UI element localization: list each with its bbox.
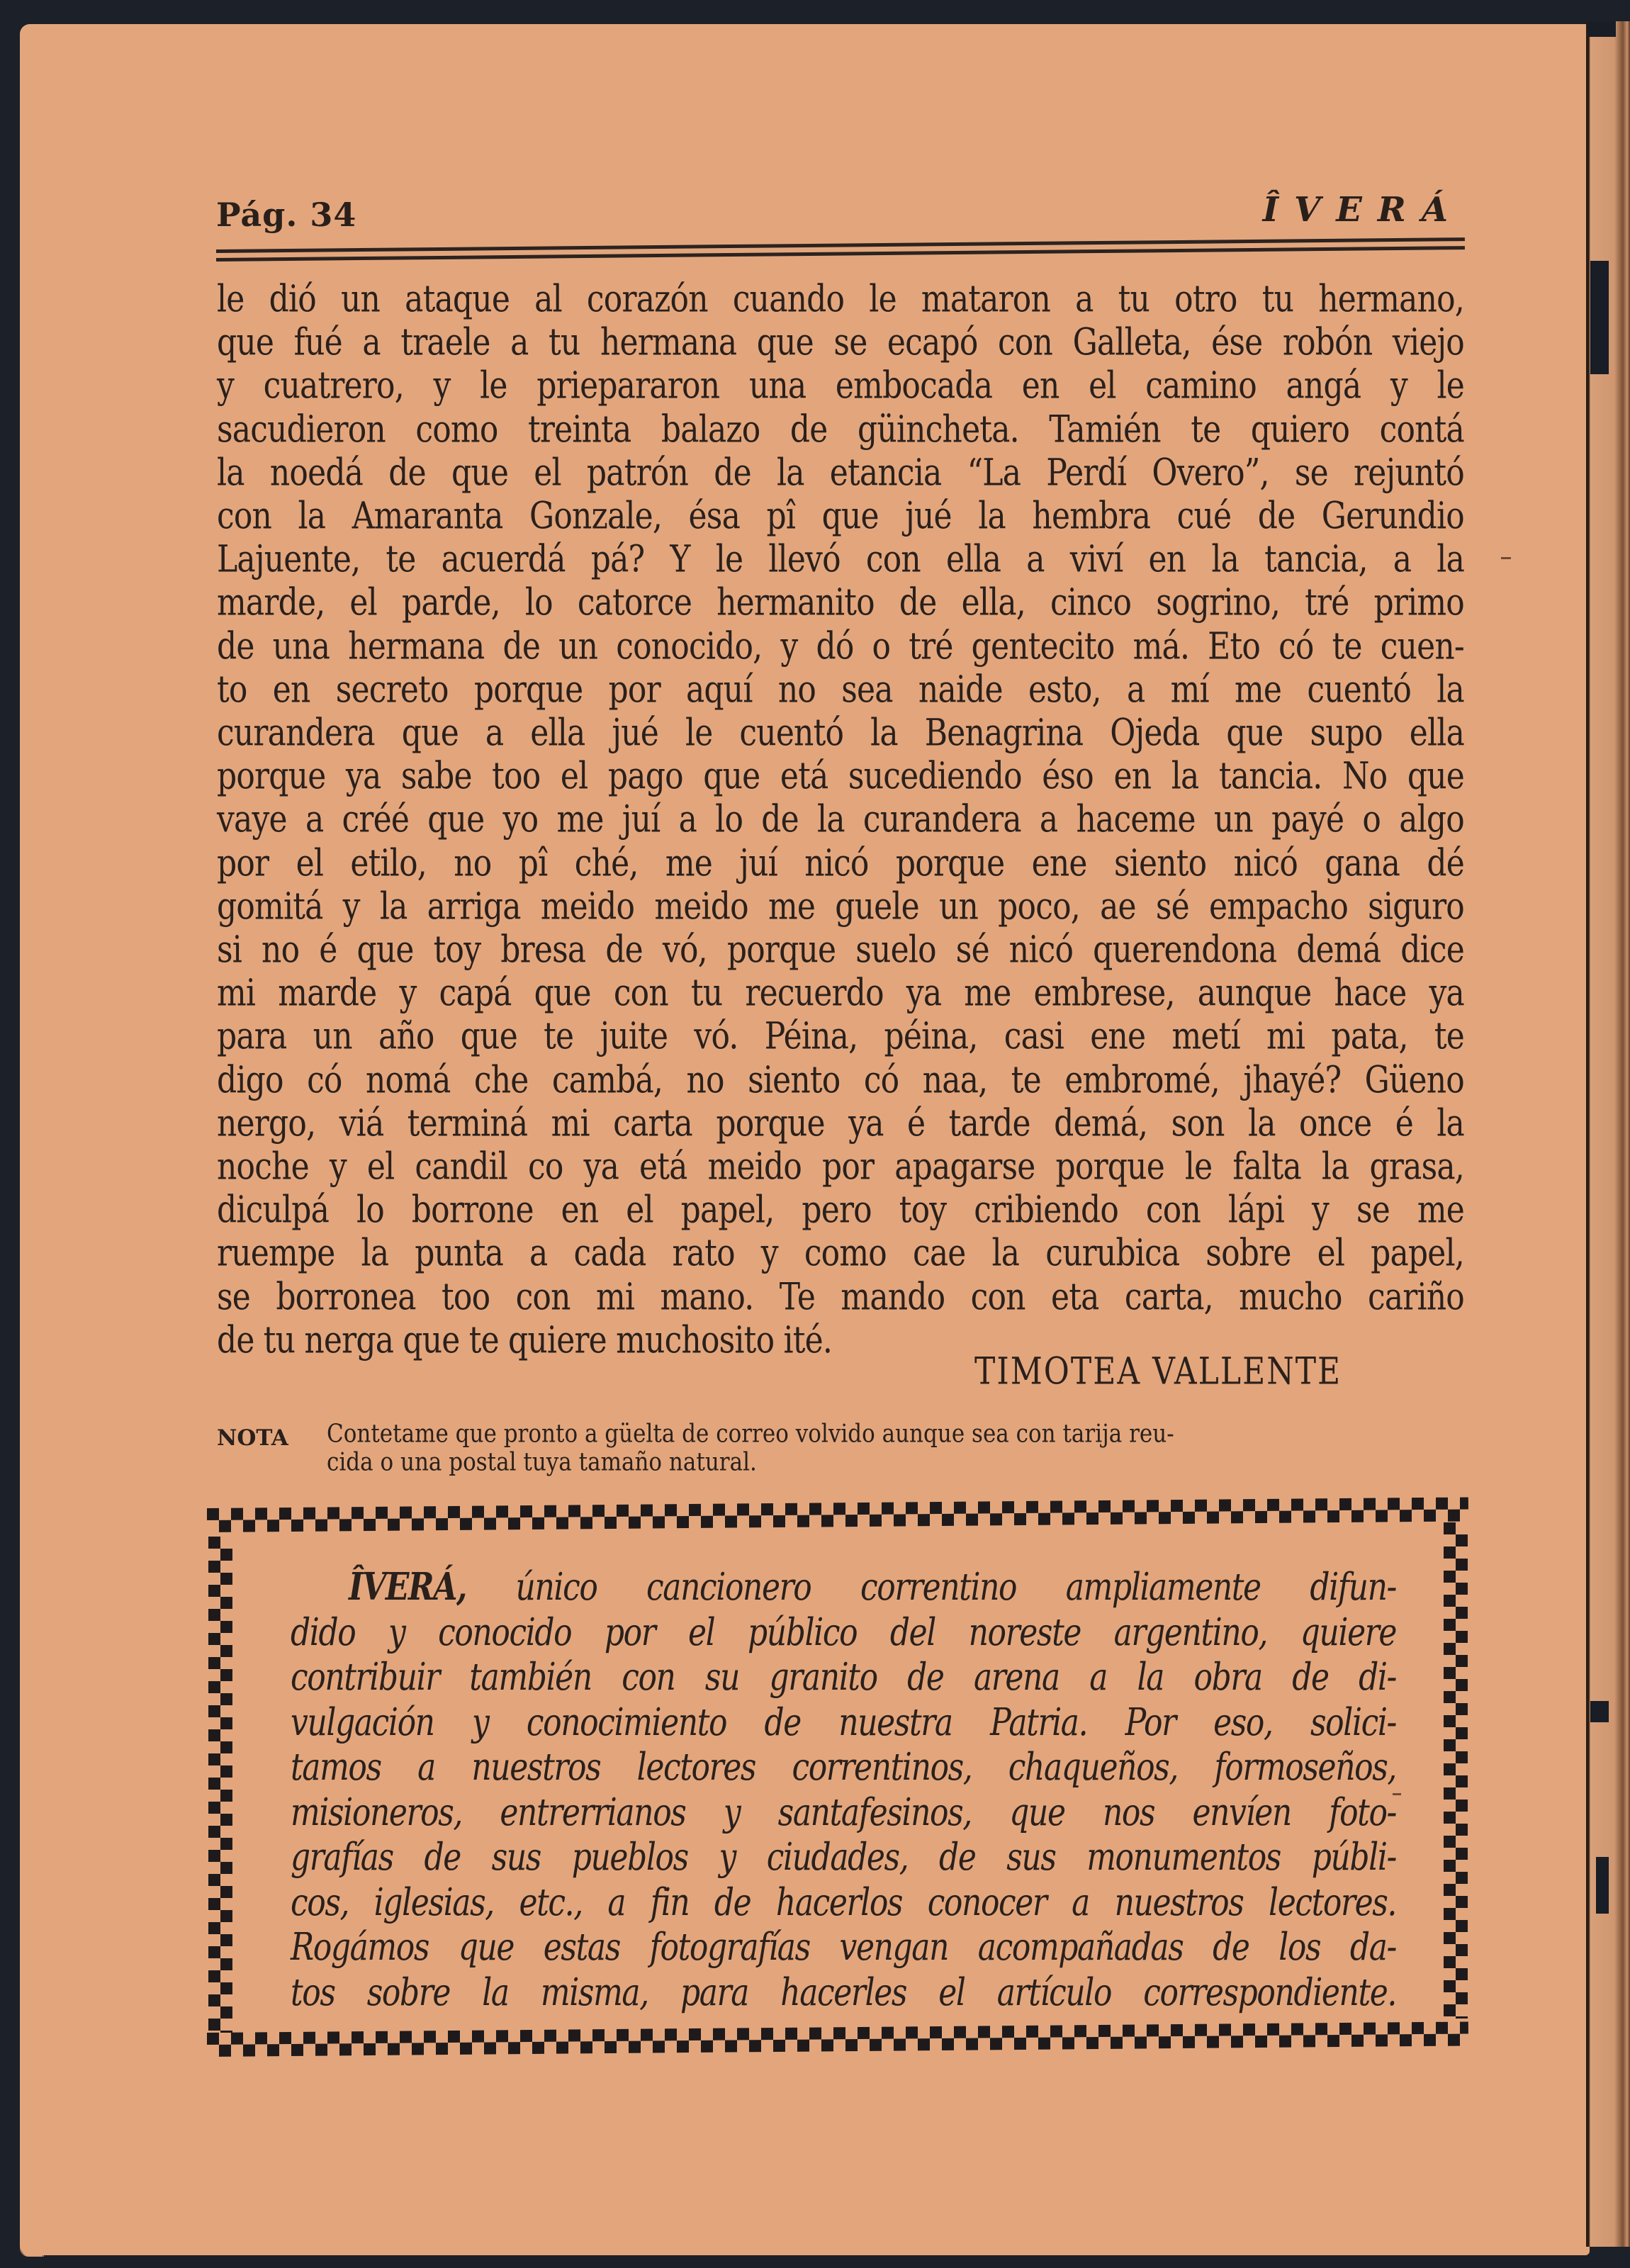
checker-border-bottom <box>207 2021 1468 2057</box>
note-label: NOTA <box>217 1424 288 1452</box>
page-number: Pág. 34 <box>216 196 356 234</box>
stray-mark <box>1393 1793 1401 1795</box>
binding-tear <box>1590 1701 1609 1722</box>
magazine-title: ÎVERÁ <box>1263 190 1463 230</box>
editorial-notice-box: ÎVERÁ, único cancionero correntino ampli… <box>207 1508 1468 2061</box>
letter-signature: TIMOTEA VALLENTE <box>974 1350 1342 1393</box>
checker-border-right <box>1444 1522 1468 2019</box>
notice-line: tos sobre la misma, para hacerles el art… <box>291 1965 1396 2020</box>
binding-tear <box>1590 261 1609 374</box>
binding-tear <box>1596 1857 1609 1914</box>
notice-text: ÎVERÁ, único cancionero correntino ampli… <box>291 1565 1396 2015</box>
checker-border-left <box>208 1537 232 2033</box>
note-text: Contetame que pronto a güelta de correo … <box>327 1420 1468 1476</box>
letter-body: le dió un ataque al corazón cuando le ma… <box>217 278 1464 1362</box>
binding-tear <box>1587 21 1616 37</box>
stray-mark <box>1501 557 1511 559</box>
note-line: cida o una postal tuya tamaño natural. <box>327 1446 1468 1478</box>
notice-brand: ÎVERÁ, <box>349 1565 466 1609</box>
page-header: Pág. 34 ÎVERÁ <box>216 190 1463 240</box>
